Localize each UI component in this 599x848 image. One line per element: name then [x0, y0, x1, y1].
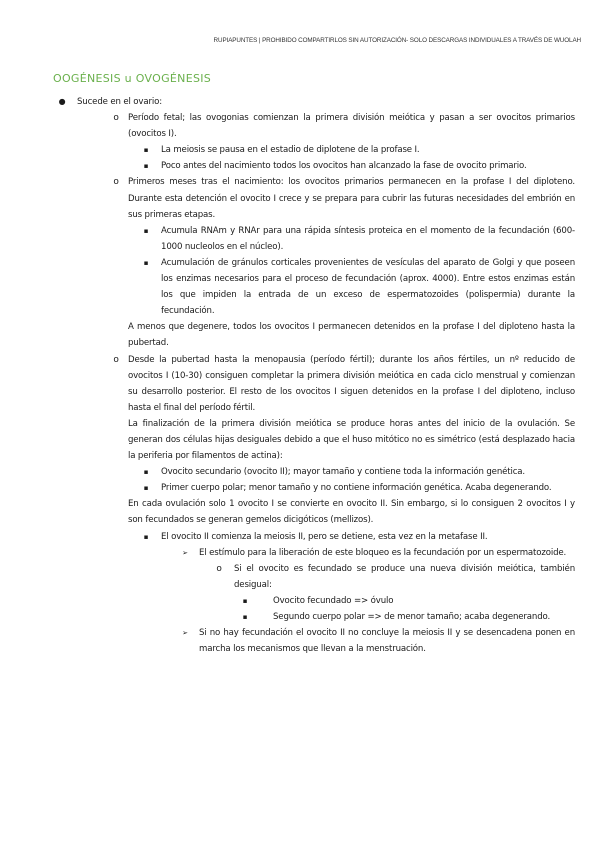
- section-title: OOGÉNESIS u OVOGÉNESIS: [53, 72, 211, 85]
- list-item: ▪ Poco antes del nacimiento todos los ov…: [0, 158, 599, 174]
- bullet-circle-icon: o: [215, 561, 223, 577]
- list-item: o Período fetal; las ovogonias comienzan…: [0, 110, 599, 142]
- list-item-text: Poco antes del nacimiento todos los ovoc…: [161, 158, 575, 174]
- list-item-text: Período fetal; las ovogonias comienzan l…: [128, 110, 575, 142]
- list-item: ▪ Ovocito secundario (ovocito II); mayor…: [0, 464, 599, 480]
- list-item-text: Sucede en el ovario:: [77, 94, 569, 110]
- list-item: o Primeros meses tras el nacimiento: los…: [0, 174, 599, 222]
- paragraph-text: En cada ovulación solo 1 ovocito I se co…: [128, 496, 575, 528]
- bullet-square-icon: ▪: [142, 142, 150, 158]
- list-item: ● Sucede en el ovario:: [0, 94, 599, 110]
- document-body: ● Sucede en el ovario: o Período fetal; …: [0, 94, 599, 657]
- bullet-arrow-icon: ➢: [180, 625, 190, 641]
- bullet-square-icon: ▪: [241, 609, 249, 625]
- bullet-arrow-icon: ➢: [180, 545, 190, 561]
- list-item-text: Primeros meses tras el nacimiento: los o…: [128, 174, 575, 222]
- bullet-circle-icon: o: [111, 352, 121, 368]
- list-item-text: Acumula RNAm y RNAr para una rápida sínt…: [161, 223, 575, 255]
- list-item: ▪ Acumula RNAm y RNAr para una rápida sí…: [0, 223, 599, 255]
- list-item-text: La meiosis se pausa en el estadio de dip…: [161, 142, 575, 158]
- bullet-disc-icon: ●: [56, 94, 68, 110]
- paragraph: En cada ovulación solo 1 ovocito I se co…: [0, 496, 599, 528]
- list-item-text: Ovocito secundario (ovocito II); mayor t…: [161, 464, 575, 480]
- paragraph: La finalización de la primera división m…: [0, 416, 599, 464]
- list-item: ▪ La meiosis se pausa en el estadio de d…: [0, 142, 599, 158]
- paragraph-text: La finalización de la primera división m…: [128, 416, 575, 464]
- list-item: ▪ Primer cuerpo polar; menor tamaño y no…: [0, 480, 599, 496]
- bullet-square-icon: ▪: [142, 158, 150, 174]
- list-item: ▪ El ovocito II comienza la meiosis II, …: [0, 529, 599, 545]
- bullet-square-icon: ▪: [142, 255, 150, 271]
- list-item-text: Ovocito fecundado => óvulo: [273, 593, 571, 609]
- list-item-text: Acumulación de gránulos corticales prove…: [161, 255, 575, 319]
- list-item-text: Si el ovocito es fecundado se produce un…: [234, 561, 575, 593]
- list-item-text: Primer cuerpo polar; menor tamaño y no c…: [161, 480, 575, 496]
- bullet-square-icon: ▪: [142, 464, 150, 480]
- bullet-square-icon: ▪: [241, 593, 249, 609]
- paragraph-text: A menos que degenere, todos los ovocitos…: [128, 319, 575, 351]
- list-item-text: Segundo cuerpo polar => de menor tamaño;…: [273, 609, 571, 625]
- list-item: o Desde la pubertad hasta la menopausia …: [0, 352, 599, 416]
- bullet-circle-icon: o: [111, 174, 121, 190]
- list-item-text: El estímulo para la liberación de este b…: [199, 545, 575, 561]
- list-item: ➢ Si no hay fecundación el ovocito II no…: [0, 625, 599, 657]
- paragraph: A menos que degenere, todos los ovocitos…: [0, 319, 599, 351]
- list-item: ➢ El estímulo para la liberación de este…: [0, 545, 599, 561]
- list-item: ▪ Acumulación de gránulos corticales pro…: [0, 255, 599, 319]
- list-item: ▪ Segundo cuerpo polar => de menor tamañ…: [0, 609, 599, 625]
- bullet-circle-icon: o: [111, 110, 121, 126]
- bullet-square-icon: ▪: [142, 480, 150, 496]
- bullet-square-icon: ▪: [142, 529, 150, 545]
- list-item: o Si el ovocito es fecundado se produce …: [0, 561, 599, 593]
- bullet-square-icon: ▪: [142, 223, 150, 239]
- list-item-text: El ovocito II comienza la meiosis II, pe…: [161, 529, 575, 545]
- list-item-text: Si no hay fecundación el ovocito II no c…: [199, 625, 575, 657]
- page-header-watermark: RUPIAPUNTES | PROHIBIDO COMPARTIRLOS SIN…: [0, 37, 581, 44]
- list-item: ▪ Ovocito fecundado => óvulo: [0, 593, 599, 609]
- list-item-text: Desde la pubertad hasta la menopausia (p…: [128, 352, 575, 416]
